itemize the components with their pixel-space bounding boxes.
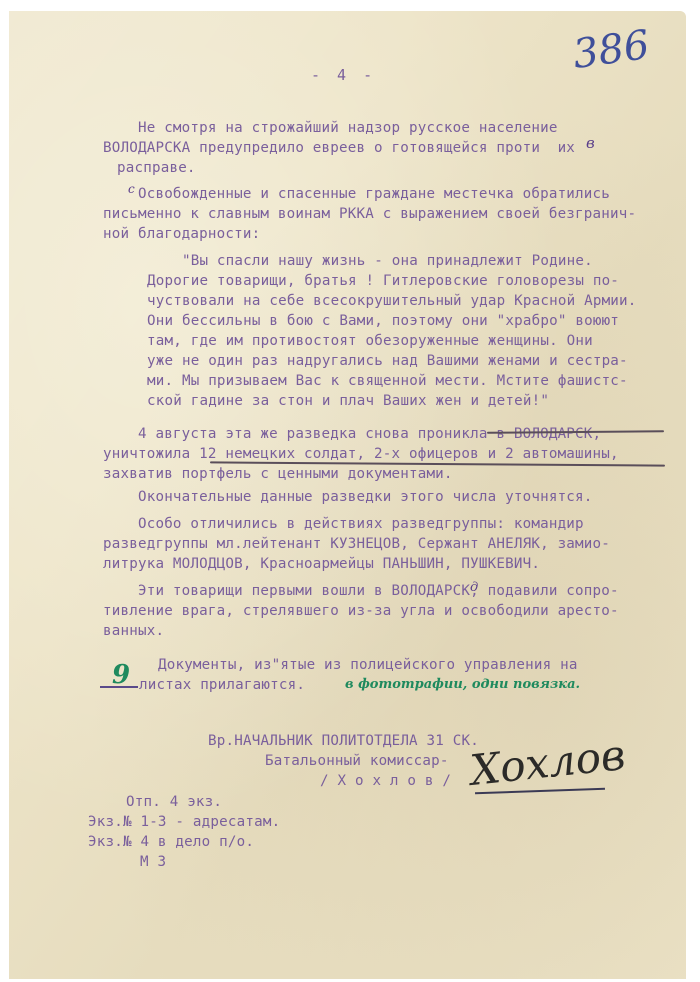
handwritten-correction: д [470,580,478,595]
paragraph-5-line-3: литрука МОЛОДЦОВ, Красноармейцы ПАНЬШИН,… [103,554,540,575]
quote-line-1: "Вы спасли нашу жизнь - она принадлежит … [147,251,593,272]
page-number: - 4 - [311,66,376,84]
paragraph-7-line-1: Документы, из"ятые из полицейского управ… [123,655,578,676]
paragraph-3-line-1: 4 августа эта же разведка снова проникла… [103,424,601,445]
paragraph-1-line-3: расправе. [117,158,196,179]
count-underline [100,686,138,688]
paragraph-7-line-2: листах прилагаются. [139,675,305,696]
paragraph-4-line-1: Окончательные данные разведки этого числ… [103,487,593,508]
distribution-copy-4: Экз.№ 4 в дело п/о. [88,832,254,853]
paragraph-1-line-2: ВОЛОДАРСКА предупредило евреев о готовящ… [103,138,575,159]
quote-line-5: там, где им противостоят обезоруженные ж… [147,331,593,352]
paragraph-6-line-1: Эти товарищи первыми вошли в ВОЛОДАРСК, … [103,581,619,602]
quote-line-8: ской гадине за стон и плач Ваших жен и д… [147,391,549,412]
distribution-initials: М З [140,852,166,873]
handwritten-green-note: в фототрафии, одни повязка. [345,677,580,692]
paragraph-1-line-1: Не смотря на строжайший надзор русское н… [103,118,558,139]
handwritten-correction: в [586,134,595,152]
quote-line-2: Дорогие товарищи, братья ! Гитлеровские … [147,271,619,292]
paragraph-6-line-2: тивление врага, стрелявшего из-за угла и… [103,601,619,622]
paragraph-3-line-3: захватив портфель с ценными документами. [103,464,453,485]
quote-line-3: чуствовали на себе всесокрушительный уда… [147,291,637,312]
signature-rank: Батальонный комиссар- [265,751,449,772]
paragraph-3-line-2: уничтожила 12 немецких солдат, 2-х офице… [103,444,619,465]
signature-title: Вр.НАЧАЛЬНИК ПОЛИТОТДЕЛА 31 СК. [208,731,479,752]
paragraph-5-line-1: Особо отличились в действиях разведгрупп… [103,514,584,535]
distribution-copies-1-3: Экз.№ 1-3 - адресатам. [88,812,280,833]
quote-line-7: ми. Мы призываем Вас к священной мести. … [147,371,628,392]
paragraph-2-line-3: ной благодарности: [103,224,260,245]
paragraph-2-line-2: письменно к славным воинам РККА с выраже… [103,204,636,225]
quote-line-4: Они бессильны в бою с Вами, поэтому они … [147,311,619,332]
distribution-copies: Отп. 4 экз. [126,792,222,813]
paragraph-5-line-2: разведгруппы мл.лейтенант КУЗНЕЦОВ, Серж… [103,534,610,555]
quote-line-6: уже не один раз надругались над Вашими ж… [147,351,628,372]
paragraph-2-line-1: Освобожденные и спасенные граждане месте… [103,184,610,205]
paragraph-6-line-3: ванных. [103,621,164,642]
signature-name: / Х о х л о в / [320,771,451,792]
